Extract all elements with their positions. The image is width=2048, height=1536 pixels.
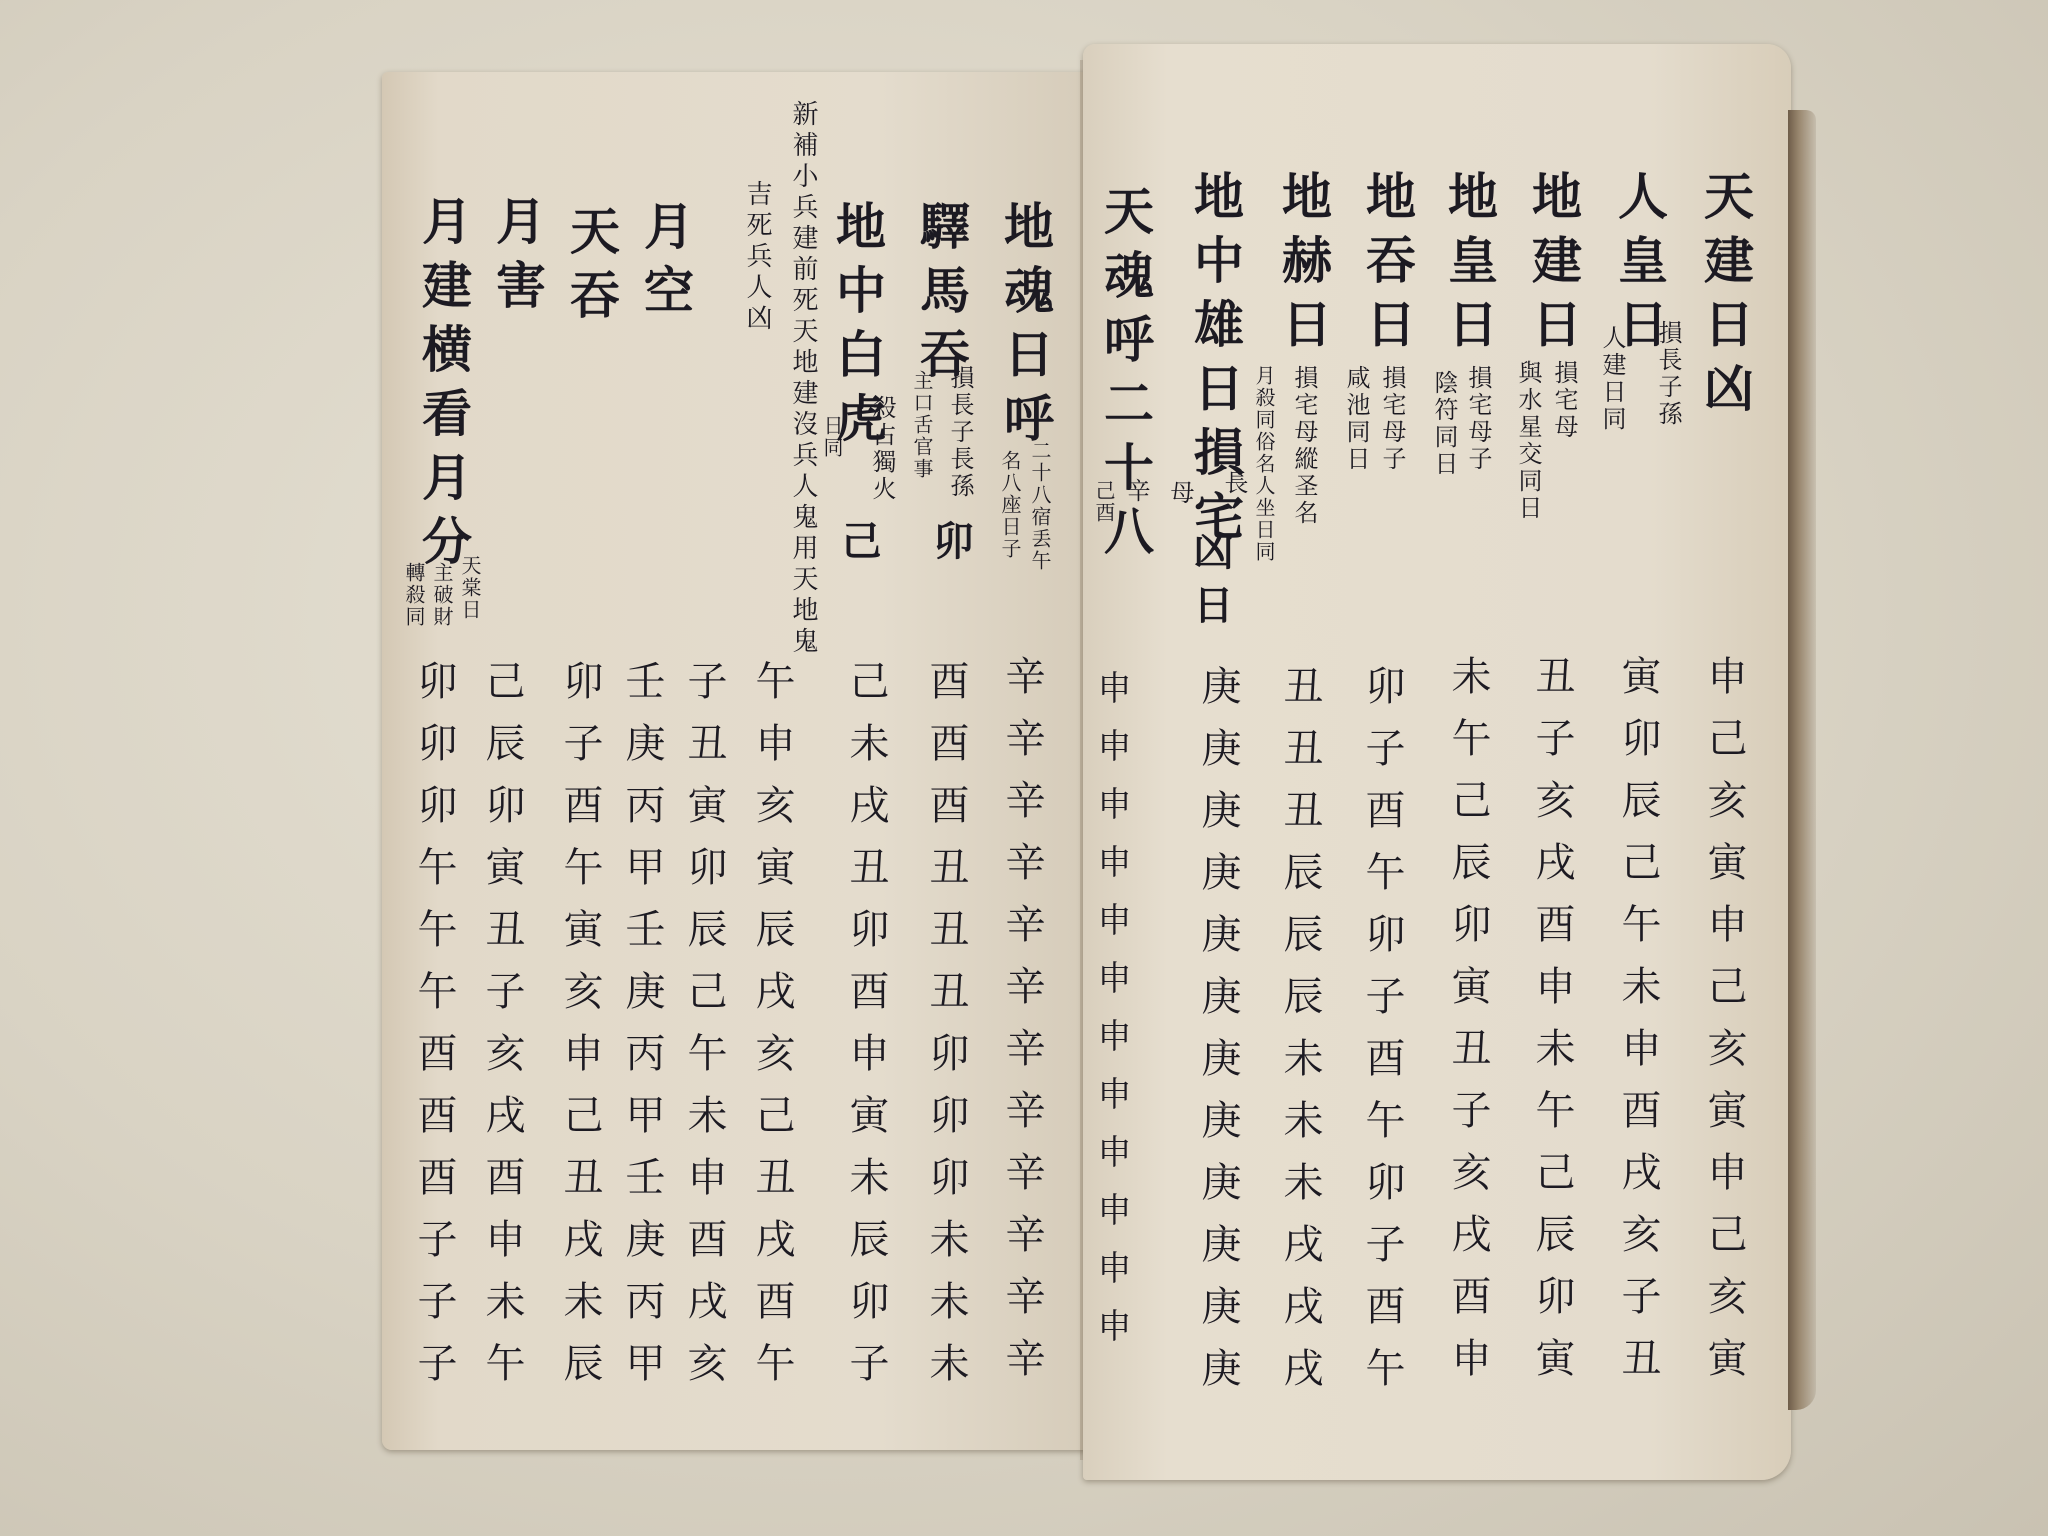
values-di-huang: 未午己辰卯寅丑子亥戌酉申: [1448, 655, 1488, 1399]
note-di-tun-1: 損宅母子: [1380, 365, 1404, 473]
note-bai-hu-1: 殺占獨火: [870, 395, 894, 503]
note-di-zhong-xiong-1: 長: [1222, 470, 1246, 497]
heading-yue-hai: 月害: [492, 195, 542, 323]
note-tian-hun-hu-1: 辛: [1124, 478, 1148, 505]
note-xin-bu-2: 吉死兵人凶: [744, 180, 770, 335]
note-di-zhong-xiong-2: 母: [1168, 480, 1192, 507]
note-ren-huang: 人建日同: [1600, 325, 1624, 433]
note-di-he-2: 月殺同俗名人坐日同: [1254, 365, 1274, 563]
note-bai-hu-2: 日同: [822, 415, 842, 459]
note-di-hun-1: 二十八宿丢午: [1030, 440, 1050, 572]
values-di-hun: 辛辛辛辛辛辛辛辛辛辛辛辛: [1002, 655, 1042, 1399]
heading-yue-jian: 月建横看月分: [418, 195, 468, 579]
values-tian-jian: 申己亥寅申己亥寅申己亥寅: [1704, 655, 1744, 1399]
note-di-tun-2: 咸池同日: [1344, 365, 1368, 473]
values-di-zhong-bai-hu: 己未戌丑卯酉申寅未辰卯子: [846, 660, 886, 1404]
note-tian-hun-hu-2: 己酉: [1094, 480, 1114, 524]
heading-di-huang: 地皇日: [1444, 170, 1494, 362]
heading-tian-tun: 天吞: [566, 205, 616, 333]
values-xin-bu: 午申亥寅辰戌亥己丑戌酉午: [752, 660, 792, 1404]
values-yue-kong: 子丑寅卯辰己午未申酉戌亥: [684, 660, 724, 1404]
note-yi-ma-2: 主口舌官事: [912, 370, 932, 480]
heading-di-tun: 地吞日: [1362, 170, 1412, 362]
note-xin-bu-1: 新補小兵建前死天地建沒兵人鬼用天地鬼: [790, 100, 816, 658]
note-bai-hu-3: 己: [838, 520, 878, 574]
heading-tian-jian: 天建日凶: [1700, 170, 1750, 426]
note-di-jian-1: 損宅母: [1552, 360, 1576, 441]
values-di-tun: 卯子酉午卯子酉午卯子酉午: [1362, 665, 1402, 1409]
note-yue-jian-2: 主破財: [432, 562, 452, 628]
values-ren-huang: 寅卯辰己午未申酉戌亥子丑: [1618, 655, 1658, 1399]
values-yue-hai: 卯子酉午寅亥申己丑戌未辰: [560, 660, 600, 1404]
note-yi-ma-3: 卯: [930, 520, 970, 574]
note-yue-jian-3: 轉殺同: [404, 562, 424, 628]
heading-di-hun: 地魂日呼: [1000, 200, 1050, 456]
values-di-zhong-xiong: 庚庚庚庚庚庚庚庚庚庚庚庚: [1198, 665, 1238, 1409]
page-stack-edge: [1788, 110, 1816, 1410]
values-tian-hun-hu: 申申申申申申申申申申申申: [1094, 670, 1128, 1366]
note-yi-ma-1: 損長子長孫: [948, 365, 972, 500]
heading-yue-kong: 月空: [640, 200, 690, 328]
note-di-hun-2: 名八座日子: [1000, 450, 1020, 560]
heading-yi-ma: 驛馬吞: [916, 200, 966, 392]
note-di-huang-1: 損宅母子: [1466, 365, 1490, 473]
note-di-he-1: 損宅母縱圣名: [1292, 365, 1316, 527]
note-di-huang-2: 陰符同日: [1432, 370, 1456, 478]
note-di-jian-2: 與水星交同日: [1516, 360, 1540, 522]
heading-di-jian: 地建日: [1528, 170, 1578, 362]
values-di-jian: 丑子亥戌酉申未午己辰卯寅: [1532, 655, 1572, 1399]
values-tian-tun: 壬庚丙甲壬庚丙甲壬庚丙甲: [622, 660, 662, 1404]
values-yi-ma: 酉酉酉丑丑丑卯卯卯未未未: [926, 660, 966, 1404]
heading-di-he: 地赫日: [1278, 170, 1328, 362]
note-di-zhong-xiong-3: 凶日: [1190, 530, 1230, 638]
values-di-he: 丑丑丑辰辰辰未未未戌戌戌: [1280, 665, 1320, 1409]
note-yue-jian-1: 天棠日: [460, 555, 480, 621]
values-yue-jian: 卯卯卯午午午酉酉酉子子子: [414, 660, 454, 1404]
values-yue-hai-2: 己辰卯寅丑子亥戌酉申未午: [482, 660, 522, 1404]
